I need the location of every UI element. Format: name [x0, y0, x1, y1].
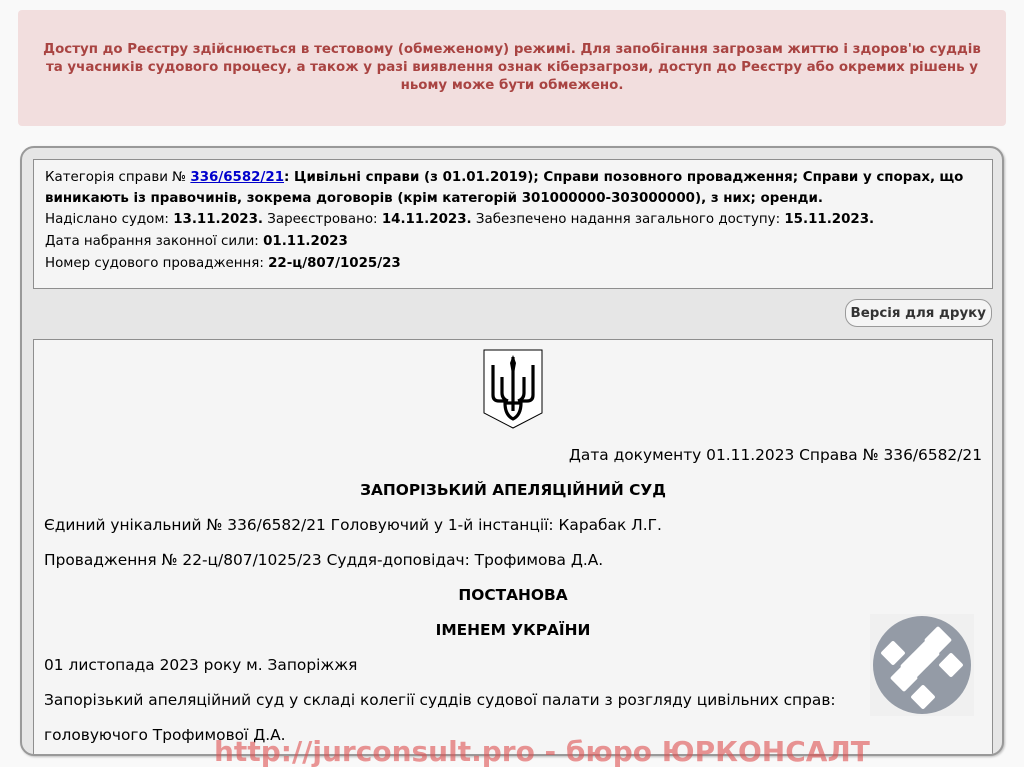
access-warning-text: Доступ до Реєстру здійснюється в тестово…	[34, 41, 990, 95]
unique-number-line: Єдиний унікальний № 336/6582/21 Головуюч…	[44, 516, 982, 534]
decision-container: Категорія справи № 336/6582/21: Цивільні…	[20, 146, 1004, 756]
court-composition-line: Запорізький апеляційний суд у складі кол…	[44, 691, 982, 709]
effective-date-value: 01.11.2023	[263, 234, 348, 249]
proceeding-value: 22-ц/807/1025/23	[268, 256, 401, 271]
case-number-link[interactable]: 336/6582/21	[190, 170, 284, 185]
case-info-panel: Категорія справи № 336/6582/21: Цивільні…	[33, 159, 993, 289]
proceeding-number: Номер судового провадження: 22-ц/807/102…	[45, 253, 981, 275]
document-date-line: Дата документу 01.11.2023 Справа № 336/6…	[44, 446, 982, 464]
in-name-of-ukraine: ІМЕНЕМ УКРАЇНИ	[44, 621, 982, 639]
access-warning-alert: Доступ до Реєстру здійснюється в тестово…	[18, 10, 1006, 126]
category-label: Категорія справи №	[45, 170, 190, 185]
public-access-label: Забезпечено надання загального доступу:	[472, 212, 785, 227]
category-text: : Цивільні справи (з 01.01.2019); Справи…	[284, 170, 935, 185]
sent-label: Надіслано судом:	[45, 212, 173, 227]
court-name: ЗАПОРІЗЬКИЙ АПЕЛЯЦІЙНИЙ СУД	[44, 481, 982, 499]
puzzle-logo-icon	[870, 614, 974, 716]
document-body: Дата документу 01.11.2023 Справа № 336/6…	[33, 339, 993, 756]
proceeding-line: Провадження № 22-ц/807/1025/23 Суддя-доп…	[44, 551, 982, 569]
case-category: Категорія справи № 336/6582/21: Цивільні…	[45, 167, 981, 209]
registered-label: Зареєстровано:	[263, 212, 382, 227]
case-dates: Надіслано судом: 13.11.2023. Зареєстрова…	[45, 209, 981, 231]
document-type: ПОСТАНОВА	[44, 586, 982, 604]
url-watermark: http://jurconsult.pro - бюро ЮРКОНСАЛТ	[214, 736, 870, 767]
proceeding-label: Номер судового провадження:	[45, 256, 268, 271]
sent-date: 13.11.2023.	[173, 212, 263, 227]
coat-of-arms-icon	[483, 349, 543, 429]
date-place-line: 01 листопада 2023 року м. Запоріжжя	[44, 656, 982, 674]
public-access-date: 15.11.2023.	[784, 212, 874, 227]
effective-date: Дата набрання законної сили: 01.11.2023	[45, 231, 981, 253]
print-version-button[interactable]: Версія для друку	[845, 299, 993, 327]
registered-date: 14.11.2023.	[382, 212, 472, 227]
effective-date-label: Дата набрання законної сили:	[45, 234, 263, 249]
